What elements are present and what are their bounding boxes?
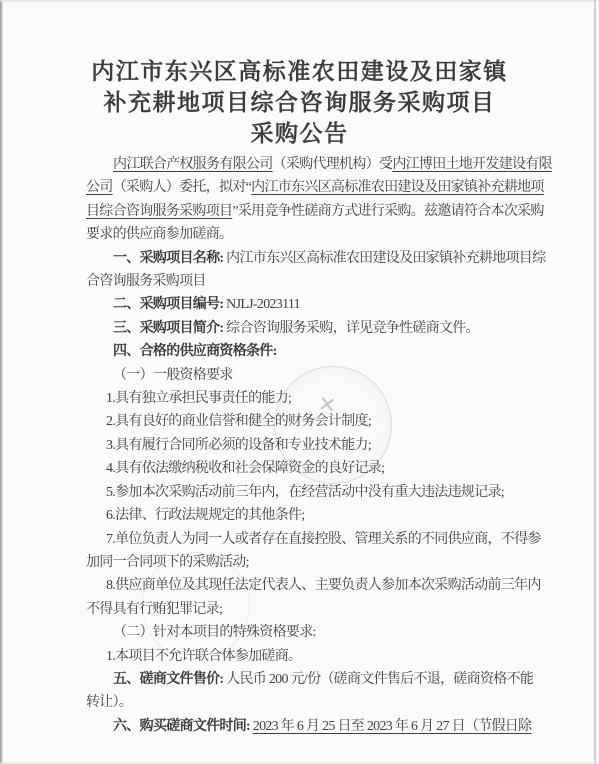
- text-segment: 不得具有行贿犯罪记录;: [86, 602, 222, 617]
- scanned-document-page: × 内江市东兴区高标准农田建设及田家镇 补充耕地项目综合咨询服务采购项目 采购公…: [0, 0, 599, 764]
- text-line: 8.供应商单位及其现任法定代表人、主要负责人参加本次采购活动前三年内: [86, 574, 568, 597]
- text-line: （二）针对本项目的特殊资格要求:: [86, 621, 568, 644]
- underlined-text: 内江市东兴区高标准农田建设及田家镇补充耕地项: [251, 180, 544, 195]
- text-line: 六、购买磋商文件时间: 2023 年 6 月 25 日至 2023 年 6 月 …: [86, 715, 568, 738]
- text-line: 三、采购项目简介: 综合咨询服务采购，详见竞争性磋商文件。: [86, 317, 568, 340]
- underlined-text: 目综合咨询服务采购项目: [86, 204, 232, 219]
- text-line: 目综合咨询服务采购项目”采用竞争性磋商方式进行采购。兹邀请符合本次采购: [86, 200, 568, 223]
- text-segment: 7.单位负责人为同一人或者存在直接控股、管理关系的不同供应商，不得参: [106, 532, 541, 547]
- text-line: 四、合格的供应商资格条件:: [86, 340, 568, 363]
- text-line: 加同一合同项下的采购活动;: [86, 551, 568, 574]
- underlined-text: 公司: [86, 180, 113, 195]
- text-segment: 1.具有独立承担民事责任的能力;: [106, 391, 291, 406]
- text-segment: （二）针对本项目的特殊资格要求:: [113, 625, 316, 640]
- text-line: 不得具有行贿犯罪记录;: [86, 598, 568, 621]
- text-segment: 6.法律、行政法规规定的其他条件;: [106, 508, 305, 523]
- text-segment: 合咨询服务采购项目: [86, 274, 206, 289]
- underlined-text: 内江博田土地开发建设有限: [392, 157, 552, 172]
- text-line: 一、采购项目名称: 内江市东兴区高标准农田建设及田家镇补充耕地项目综: [86, 247, 568, 270]
- document-title-line: 采购公告: [0, 118, 599, 149]
- text-line: （一）一般资格要求: [86, 364, 568, 387]
- document-title-line: 补充耕地项目综合咨询服务采购项目: [0, 87, 599, 118]
- text-segment: （一）一般资格要求: [113, 368, 233, 383]
- text-segment: 加同一合同项下的采购活动;: [86, 555, 249, 570]
- text-segment: 综合咨询服务采购，详见竞争性磋商文件。: [223, 321, 479, 336]
- underlined-text: 2023 年 6 月 25 日至 2023 年 6 月 27 日（节假日除: [253, 719, 532, 734]
- text-segment: 8.供应商单位及其现任法定代表人、主要负责人参加本次采购活动前三年内: [106, 578, 541, 593]
- section-label: 三、采购项目简介:: [113, 321, 223, 336]
- text-segment: 5.参加本次采购活动前三年内，在经营活动中没有重大违法违规记录;: [106, 485, 504, 500]
- text-segment: （采购人）委托，拟对“: [113, 180, 252, 195]
- text-line: 1.本项目不允许联合体参加磋商。: [86, 645, 568, 668]
- text-segment: 2.具有良好的商业信誉和健全的财务会计制度;: [106, 414, 371, 429]
- text-segment: 1.本项目不允许联合体参加磋商。: [106, 649, 301, 664]
- text-line: 4.具有依法缴纳税收和社会保障资金的良好记录;: [86, 457, 568, 480]
- text-line: 1.具有独立承担民事责任的能力;: [86, 387, 568, 410]
- text-line: 3.具有履行合同所必须的设备和专业技术能力;: [86, 434, 568, 457]
- text-segment: 内江市东兴区高标准农田建设及田家镇补充耕地项目综: [223, 251, 545, 266]
- section-label: 四、合格的供应商资格条件:: [113, 344, 277, 359]
- text-line: 转让）。: [86, 691, 568, 714]
- section-label: 一、采购项目名称:: [113, 251, 223, 266]
- text-segment: NJLJ-2023111: [223, 297, 300, 312]
- scan-edge-top: [0, 0, 599, 3]
- section-label: 六、购买磋商文件时间:: [113, 719, 250, 734]
- text-line: 5.参加本次采购活动前三年内，在经营活动中没有重大违法违规记录;: [86, 481, 568, 504]
- text-line: 内江联合产权服务有限公司（采购代理机构）受内江博田土地开发建设有限: [86, 153, 568, 176]
- text-line: 公司（采购人）委托，拟对“内江市东兴区高标准农田建设及田家镇补充耕地项: [86, 176, 568, 199]
- underlined-text: 内江联合产权服务有限公司: [113, 157, 273, 172]
- text-line: 6.法律、行政法规规定的其他条件;: [86, 504, 568, 527]
- text-segment: 3.具有履行合同所必须的设备和专业技术能力;: [106, 438, 371, 453]
- text-segment: ”采用竞争性磋商方式进行采购。兹邀请符合本次采购: [232, 204, 543, 219]
- text-segment: 转让）。: [86, 695, 132, 710]
- text-segment: 人民币 200 元/份（磋商文件售后不退，磋商资格不能: [223, 672, 533, 687]
- section-label: 五、磋商文件售价:: [113, 672, 223, 687]
- document-title: 内江市东兴区高标准农田建设及田家镇 补充耕地项目综合咨询服务采购项目 采购公告: [0, 56, 599, 149]
- text-line: 7.单位负责人为同一人或者存在直接控股、管理关系的不同供应商，不得参: [86, 528, 568, 551]
- text-segment: 要求的供应商参加磋商。: [86, 227, 232, 242]
- section-label: 二、采购项目编号:: [113, 297, 223, 312]
- text-segment: 4.具有依法缴纳税收和社会保障资金的良好记录;: [106, 461, 384, 476]
- document-title-line: 内江市东兴区高标准农田建设及田家镇: [0, 56, 599, 87]
- document-body: 内江联合产权服务有限公司（采购代理机构）受内江博田土地开发建设有限公司（采购人）…: [86, 153, 568, 738]
- text-line: 2.具有良好的商业信誉和健全的财务会计制度;: [86, 410, 568, 433]
- text-line: 五、磋商文件售价: 人民币 200 元/份（磋商文件售后不退，磋商资格不能: [86, 668, 568, 691]
- text-segment: （采购代理机构）受: [273, 157, 393, 172]
- text-line: 二、采购项目编号: NJLJ-2023111: [86, 293, 568, 316]
- text-line: 要求的供应商参加磋商。: [86, 223, 568, 246]
- text-line: 合咨询服务采购项目: [86, 270, 568, 293]
